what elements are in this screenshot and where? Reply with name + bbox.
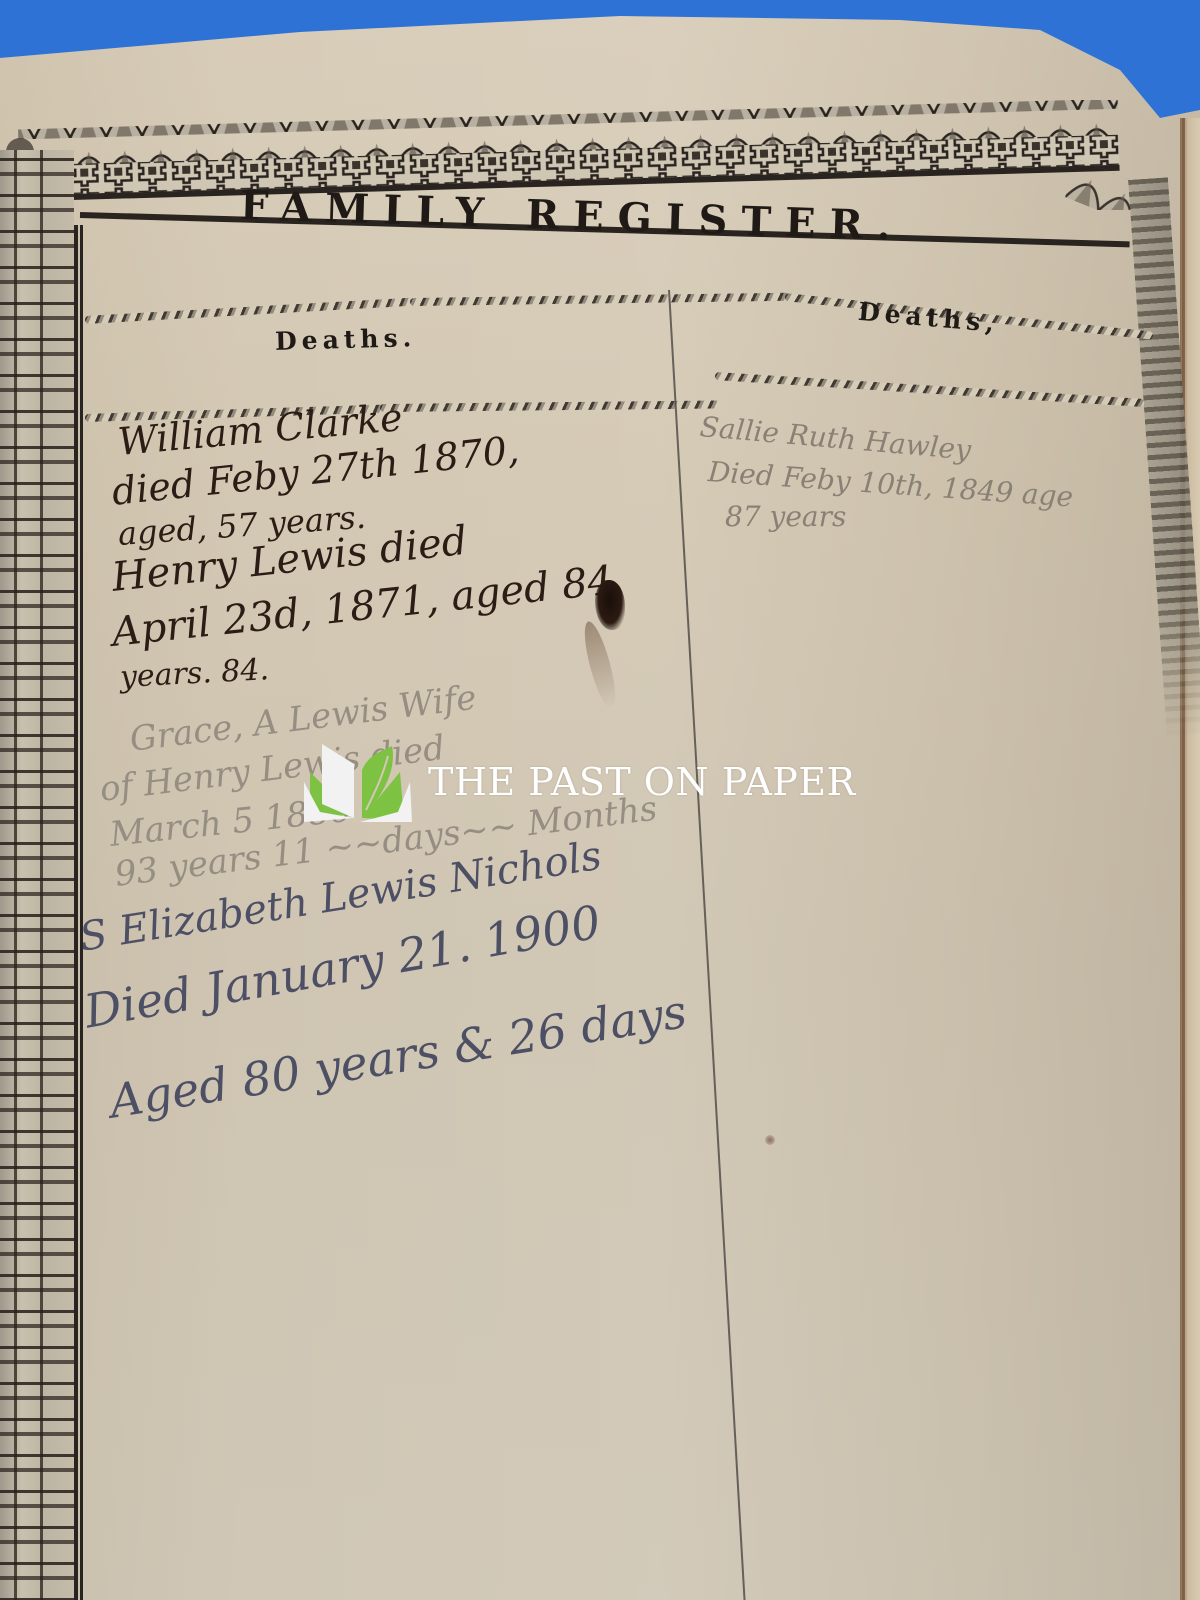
open-book-leaf-icon (300, 742, 418, 822)
paper-spot (765, 1135, 775, 1145)
inner-left-rule (74, 225, 83, 1600)
watermark-text: THE PAST ON PAPER (428, 760, 856, 804)
ornamental-left-border (0, 150, 74, 1600)
watermark: THE PAST ON PAPER (300, 742, 856, 822)
column-heading-left: Deaths. (275, 323, 417, 356)
death-entry-line: 87 years (725, 500, 846, 533)
page-gutter-line (1182, 118, 1185, 1600)
